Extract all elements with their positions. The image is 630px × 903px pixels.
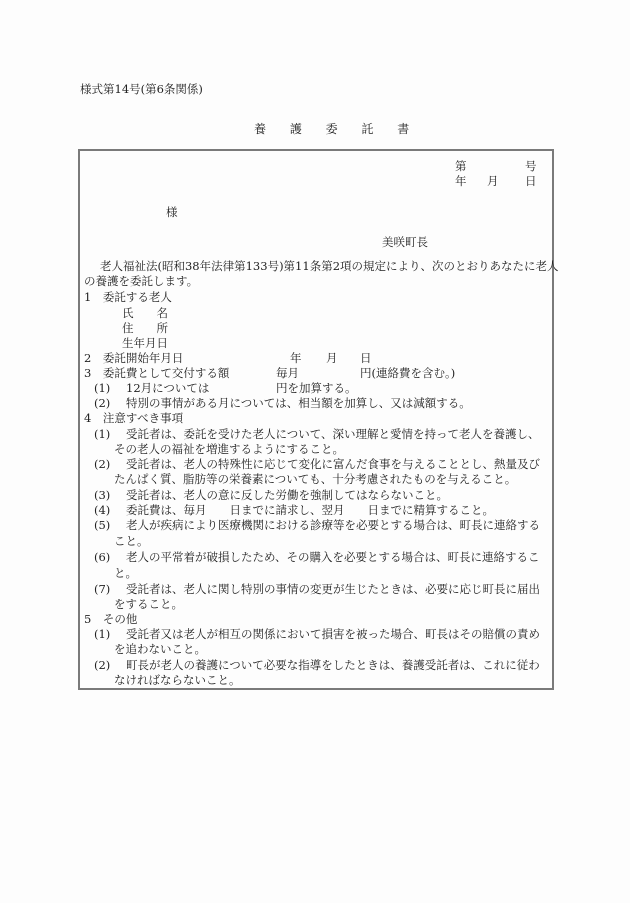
s4-item-5-line-2: こと。 xyxy=(114,534,149,548)
s4-item-2-num: (2) xyxy=(94,457,110,471)
s4-item-7-line-2: をすること。 xyxy=(114,597,183,611)
s4-item-1-line-1: 受託者は、委託を受けた老人について、深い理解と愛情を持って老人を養護し、 xyxy=(126,427,540,441)
form-number: 様式第14号(第6条関係) xyxy=(80,82,203,96)
date-day: 日 xyxy=(525,174,537,188)
s3-item-2-text: 特別の事情がある月については、相当額を加算し、又は減額する。 xyxy=(126,396,471,410)
field-birthdate-label: 生年月日 xyxy=(122,336,168,350)
s5-item-1-line-2: を追わないこと。 xyxy=(114,642,206,656)
addressee-suffix: 様 xyxy=(166,205,178,219)
field-address-label: 住 所 xyxy=(122,321,168,335)
s5-item-2-line-2: なければならないこと。 xyxy=(114,673,241,687)
s4-item-3-num: (3) xyxy=(94,488,110,502)
issuer: 美咲町長 xyxy=(382,235,428,249)
field-name-label: 氏 名 xyxy=(122,306,168,320)
form-box: 第 号 年 月 日 様 美咲町長 老人福祉法(昭和38年法律第133号)第11条… xyxy=(78,149,554,690)
date-year: 年 xyxy=(455,174,467,188)
section-4-heading: 4 注意すべき事項 xyxy=(84,411,183,425)
s3-item-1-text: 12月については xyxy=(126,381,209,395)
intro-line-2: の養護を委託します。 xyxy=(84,274,198,288)
s4-item-4-num: (4) xyxy=(94,503,110,517)
number-suffix: 号 xyxy=(525,159,537,173)
start-day: 日 xyxy=(360,351,372,365)
s4-item-1-num: (1) xyxy=(94,427,110,441)
s4-item-4-line-1: 委託費は、毎月 日までに請求し、翌月 日までに精算すること。 xyxy=(126,503,494,517)
section-5-heading: 5 その他 xyxy=(84,612,137,626)
s4-item-6-num: (6) xyxy=(94,550,110,564)
s4-item-6-line-1: 老人の平常着が破損したため、その購入を必要とする場合は、町長に連絡するこ xyxy=(126,550,540,564)
section-3-heading: 3 委託費として交付する額 xyxy=(84,366,229,380)
s5-item-1-line-1: 受託者又は老人が相互の関係において損害を被った場合、町長はその賠償の責め xyxy=(126,627,540,641)
s4-item-7-line-1: 受託者は、老人に関し特別の事情の変更が生じたときは、必要に応じ町長に届出 xyxy=(126,582,540,596)
intro-line-1: 老人福祉法(昭和38年法律第133号)第11条第2項の規定により、次のとおりあな… xyxy=(100,259,559,273)
s3-item-2-num: (2) xyxy=(94,396,110,410)
monthly-label: 毎月 xyxy=(276,366,299,380)
s4-item-3-line-1: 受託者は、老人の意に反した労働を強制してはならないこと。 xyxy=(126,488,448,502)
s3-item-1-tail: 円を加算する。 xyxy=(276,381,357,395)
s5-item-1-num: (1) xyxy=(94,627,110,641)
s4-item-5-num: (5) xyxy=(94,518,110,532)
s4-item-5-line-1: 老人が疾病により医療機関における診療等を必要とする場合は、町長に連絡する xyxy=(126,518,540,532)
s4-item-6-line-2: と。 xyxy=(114,566,137,580)
section-2-heading: 2 委託開始年月日 xyxy=(84,351,183,365)
s4-item-7-num: (7) xyxy=(94,582,110,596)
s5-item-2-line-1: 町長が老人の養護について必要な指導をしたときは、養護受託者は、これに従わ xyxy=(126,658,540,672)
document-title: 養 護 委 託 書 xyxy=(254,122,419,136)
number-prefix: 第 xyxy=(455,159,467,173)
s3-item-1-num: (1) xyxy=(94,381,110,395)
date-month: 月 xyxy=(487,174,499,188)
start-year: 年 xyxy=(290,351,302,365)
section-1-heading: 1 委託する老人 xyxy=(84,290,172,304)
yen-note: 円(連絡費を含む。) xyxy=(360,366,455,380)
s5-item-2-num: (2) xyxy=(94,658,110,672)
s4-item-2-line-1: 受託者は、老人の特殊性に応じて変化に富んだ食事を与えることとし、熱量及び xyxy=(126,457,540,471)
s4-item-1-line-2: その老人の福祉を増進するようにすること。 xyxy=(114,442,344,456)
start-month: 月 xyxy=(326,351,338,365)
s4-item-2-line-2: たんぱく質、脂肪等の栄養素についても、十分考慮されたものを与えること。 xyxy=(114,472,516,486)
